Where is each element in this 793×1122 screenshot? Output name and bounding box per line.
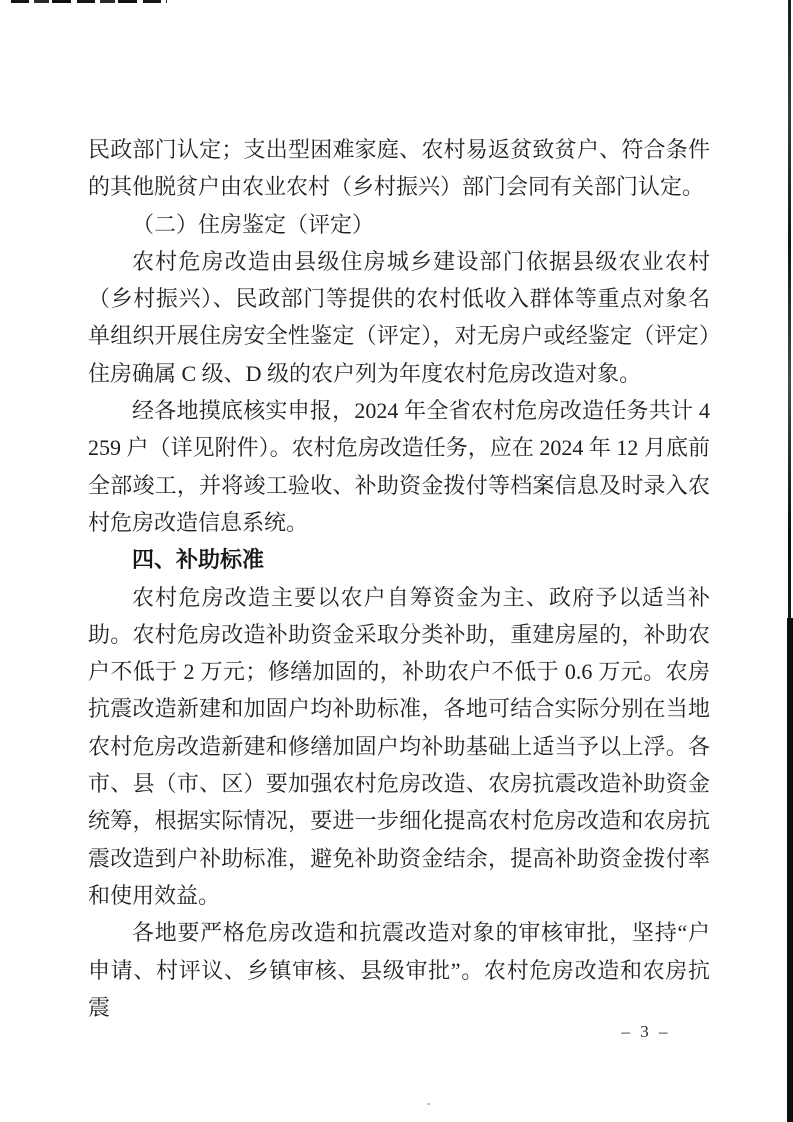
document-body: 民政部门认定；支出型困难家庭、农村易返贫致贫户、符合条件的其他脱贫户由农业农村（… (88, 131, 710, 1026)
scan-artifact-top-line (11, 0, 167, 3)
paragraph-continuation: 民政部门认定；支出型困难家庭、农村易返贫致贫户、符合条件的其他脱贫户由农业农村（… (88, 131, 710, 206)
paragraph-approval-process: 各地要严格危房改造和抗震改造对象的审核审批，坚持“户申请、村评议、乡镇审核、县级… (88, 914, 710, 1026)
paragraph-subsidy-details: 农村危房改造主要以农户自筹资金为主、政府予以适当补助。农村危房改造补助资金采取分… (88, 579, 710, 915)
paragraph-appraisal-process: 农村危房改造由县级住房城乡建设部门依据县级农业农村（乡村振兴）、民政部门等提供的… (88, 243, 710, 392)
document-page: 民政部门认定；支出型困难家庭、农村易返贫致贫户、符合条件的其他脱贫户由农业农村（… (0, 0, 793, 1122)
scan-artifact-right-edge-lower (787, 618, 793, 1122)
paragraph-task-count: 经各地摸底核实申报，2024 年全省农村危房改造任务共计 4259 户（详见附件… (88, 392, 710, 541)
subsection-heading-housing-appraisal: （二）住房鉴定（评定） (88, 206, 710, 243)
scan-artifact-speck (427, 1103, 430, 1105)
page-number: – 3 – (616, 1022, 676, 1042)
section-heading-subsidy-standard: 四、补助标准 (88, 541, 710, 578)
